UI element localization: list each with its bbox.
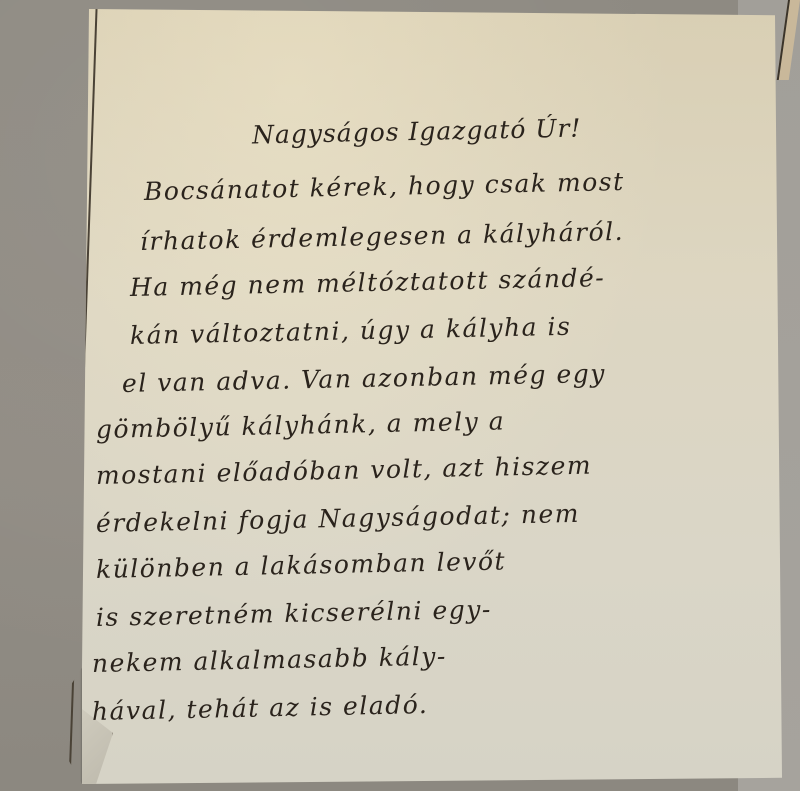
letter-line: Bocsánatot kérek, hogy csak most [144, 167, 625, 206]
letter-line: gömbölyű kályhánk, a mely a [96, 406, 506, 444]
letter-line: nekem alkalmasabb kály- [92, 642, 447, 678]
letter-line: el van adva. Van azonban még egy [122, 359, 606, 398]
letter-salutation: Nagyságos Igazgató Úr! [252, 114, 582, 150]
letter-line: érdekelni fogja Nagyságodat; nem [96, 499, 581, 538]
letter-line: hával, tehát az is eladó. [92, 690, 429, 726]
letter-line: írhatok érdemlegesen a kályháról. [140, 217, 625, 256]
letter-line: kán változtatni, úgy a kályha is [130, 312, 572, 350]
letter-content: Nagyságos Igazgató Úr! Bocsánatot kérek,… [82, 9, 782, 784]
letter-line: mostani előadóban volt, azt hiszem [96, 451, 593, 490]
letter-line: különben a lakásomban levőt [96, 546, 507, 584]
letter-line: is szeretném kicserélni egy- [96, 595, 492, 632]
letter-line: Ha még nem méltóztatott szándé- [130, 263, 606, 302]
